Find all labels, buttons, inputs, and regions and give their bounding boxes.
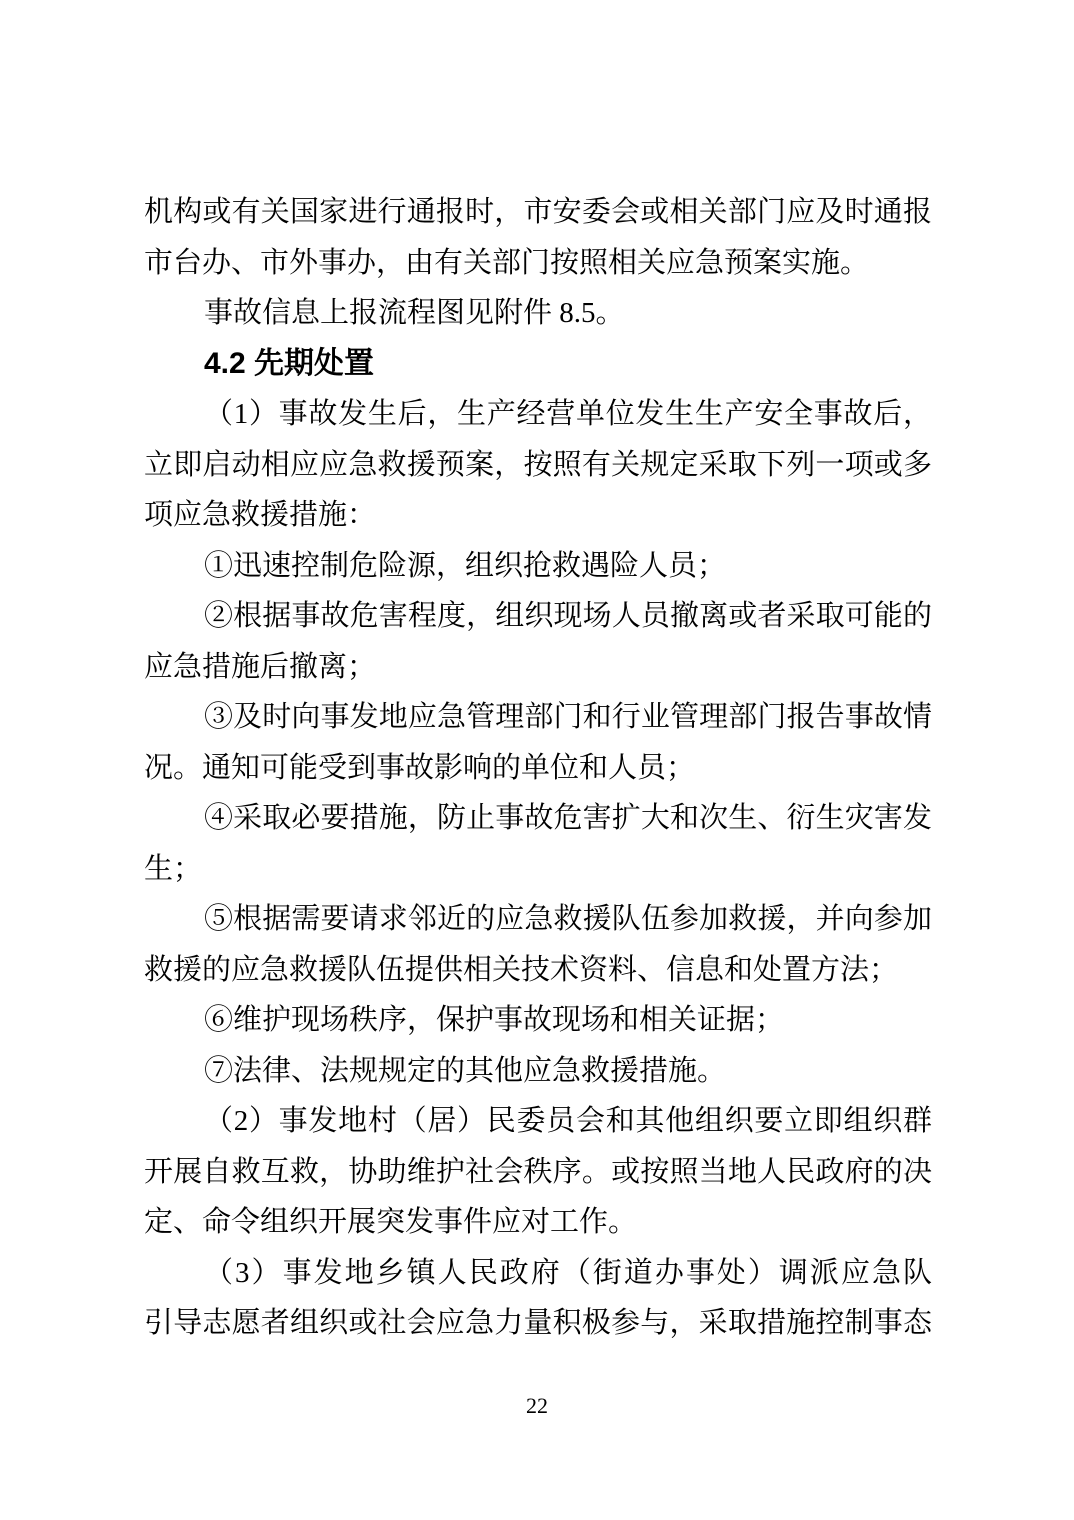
text-line: ②根据事故危害程度，组织现场人员撤离或者采取可能的	[144, 591, 932, 642]
text-line: ③及时向事发地应急管理部门和行业管理部门报告事故情	[144, 692, 932, 743]
text-line: 引导志愿者组织或社会应急力量积极参与，采取措施控制事态	[144, 1298, 932, 1349]
text-line: 开展自救互救，协助维护社会秩序。或按照当地人民政府的决	[144, 1147, 932, 1198]
text-line: 机构或有关国家进行通报时，市安委会或相关部门应及时通报	[144, 187, 932, 238]
document-body: 机构或有关国家进行通报时，市安委会或相关部门应及时通报市台办、市外事办，由有关部…	[144, 187, 932, 1349]
text-line: ⑤根据需要请求邻近的应急救援队伍参加救援，并向参加	[144, 894, 932, 945]
text-line: 定、命令组织开展突发事件应对工作。	[144, 1197, 932, 1248]
text-line: ①迅速控制危险源，组织抢救遇险人员；	[144, 541, 932, 592]
text-line: （3）事发地乡镇人民政府（街道办事处）调派应急队伍，	[144, 1248, 932, 1299]
text-line: 项应急救援措施：	[144, 490, 932, 541]
section-heading: 4.2 先期处置	[144, 339, 932, 390]
text-line: 事故信息上报流程图见附件 8.5。	[144, 288, 932, 339]
text-line: 立即启动相应应急救援预案，按照有关规定采取下列一项或多	[144, 440, 932, 491]
text-line: （1）事故发生后，生产经营单位发生生产安全事故后，应	[144, 389, 932, 440]
text-line: 况。通知可能受到事故影响的单位和人员；	[144, 743, 932, 794]
text-line: ④采取必要措施，防止事故危害扩大和次生、衍生灾害发	[144, 793, 932, 844]
text-line: 生；	[144, 844, 932, 895]
text-line: 市台办、市外事办，由有关部门按照相关应急预案实施。	[144, 238, 932, 289]
text-line: 救援的应急救援队伍提供相关技术资料、信息和处置方法；	[144, 945, 932, 996]
text-line: （2）事发地村（居）民委员会和其他组织要立即组织群众	[144, 1096, 932, 1147]
text-line: ⑦法律、法规规定的其他应急救援措施。	[144, 1046, 932, 1097]
text-line: 应急措施后撤离；	[144, 642, 932, 693]
page-number: 22	[0, 1392, 1074, 1420]
text-line: ⑥维护现场秩序，保护事故现场和相关证据；	[144, 995, 932, 1046]
document-page: 机构或有关国家进行通报时，市安委会或相关部门应及时通报市台办、市外事办，由有关部…	[0, 0, 1074, 1520]
